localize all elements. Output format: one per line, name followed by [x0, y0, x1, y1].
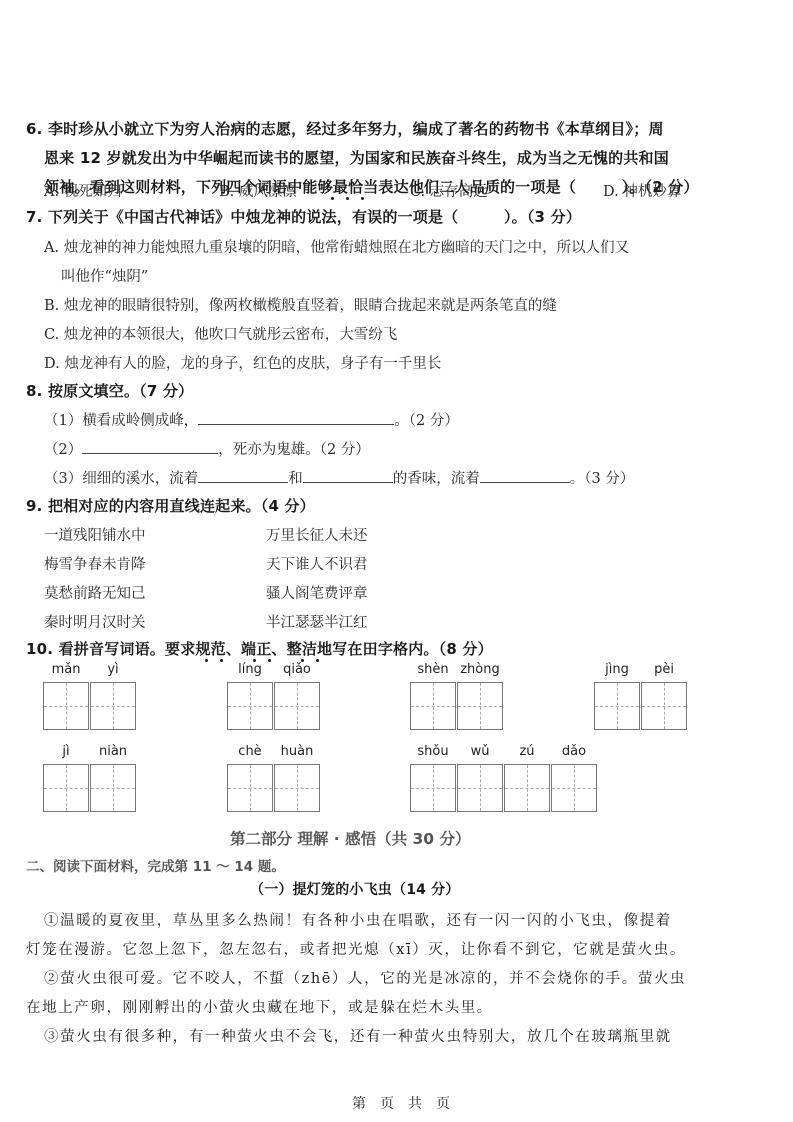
tianzige-cell[interactable] [227, 682, 273, 730]
emphasis-dot [346, 197, 349, 200]
pinyin-label: mǎn [43, 662, 89, 677]
tianzige-cell[interactable] [594, 682, 640, 730]
q8-p1-score: 。（2 分） [394, 413, 459, 429]
tianzige-cell[interactable] [551, 764, 597, 812]
q7-option-a-cont: 叫他作“烛阴” [61, 265, 148, 286]
passage-paragraph: ②萤火虫很可爱。它不咬人，不蜇（zhē）人，它的光是冰凉的，并不会烧你的手。萤火… [44, 967, 686, 988]
q6-option-c[interactable]: C. 志存高远 [410, 180, 488, 201]
emphasis-dot [205, 659, 208, 662]
tianzige-group-6: chè huàn [227, 764, 321, 812]
passage-paragraph: ③萤火虫有很多种，有一种萤火虫不会飞，还有一种萤火虫特别大，放几个在玻璃瓶里就 [44, 1025, 672, 1046]
q8-p2-label: （2） [44, 442, 82, 458]
pinyin-label: zhòng [457, 662, 503, 677]
q8-p3-text: （3）细细的溪水，流着 [44, 471, 198, 487]
tianzige-cell[interactable] [43, 682, 89, 730]
pinyin-label: yì [90, 662, 136, 677]
q9-left-item[interactable]: 梅雪争春未肯降 [44, 553, 146, 574]
pinyin-label: jìng [594, 662, 640, 677]
q10-emph-1: 规范 [195, 640, 225, 658]
pinyin-label: niàn [90, 744, 136, 759]
pinyin-label: jì [43, 744, 89, 759]
tianzige-cell[interactable] [641, 682, 687, 730]
q7-option-b[interactable]: B. 烛龙神的眼睛很特别，像两枚橄榄般直竖着，眼睛合拢起来就是两条笔直的缝 [44, 294, 557, 315]
tianzige-cell[interactable] [227, 764, 273, 812]
tianzige-cell[interactable] [90, 682, 136, 730]
tianzige-cell[interactable] [410, 764, 456, 812]
tianzige-cell[interactable] [274, 764, 320, 812]
q10-stem: 10. 看拼音写词语。要求规范、端正、整洁地写在田字格内。（8 分） [26, 638, 493, 659]
pinyin-label: shǒu [410, 744, 456, 759]
q8-part1: （1）横看成岭侧成峰，。（2 分） [44, 409, 459, 430]
q7-option-d[interactable]: D. 烛龙神有人的脸，龙的身子，红色的皮肤，身子有一千里长 [44, 352, 441, 373]
passage-paragraph: 灯笼在漫游。它忽上忽下，忽左忽右，或者把光熄（xī）灭，让你看不到它，它就是萤火… [26, 938, 686, 959]
q6-option-a[interactable]: A. 视死如归 [44, 180, 122, 201]
tianzige-group-7: shǒu wǔ zú dǎo [410, 764, 598, 812]
q8-stem: 8. 按原文填空。（7 分） [26, 380, 193, 401]
page-footer: 第 页 共 页 [352, 1093, 450, 1113]
q9-right-item[interactable]: 天下谁人不识君 [266, 553, 368, 574]
q9-right-item[interactable]: 万里长征人未还 [266, 524, 368, 545]
q10-sep: 、 [226, 640, 241, 658]
q8-part3: （3）细细的溪水，流着和的香味，流着。（3 分） [44, 467, 634, 488]
q8-p3-blank3[interactable] [480, 468, 570, 483]
q6-emphasis: 最恰当 [333, 178, 379, 196]
pinyin-label: pèi [641, 662, 687, 677]
q6-line1: 6. 李时珍从小就立下为穷人治病的志愿，经过多年努力，编成了著名的药物书《本草纲… [26, 118, 664, 139]
q6-line3: 领袖。看到这则材料，下列四个词语中能够最恰当表达他们二人品质的一项是（ ）。（2… [44, 176, 699, 197]
pinyin-label: huàn [274, 744, 320, 759]
q8-p3-blank1[interactable] [198, 468, 288, 483]
tianzige-group-4: jìng pèi [594, 682, 688, 730]
pinyin-label: wǔ [457, 744, 503, 759]
q8-p1-text: （1）横看成岭侧成峰， [44, 413, 198, 429]
q10-sep: 、 [271, 640, 286, 658]
tianzige-cell[interactable] [504, 764, 550, 812]
q8-part2: （2），死亦为鬼雄。（2 分） [44, 438, 370, 459]
q9-right-item[interactable]: 骚人阁笔费评章 [266, 582, 368, 603]
tianzige-group-5: jì niàn [43, 764, 137, 812]
q8-p3-text2: 的香味，流着 [393, 471, 480, 487]
tianzige-cell[interactable] [43, 764, 89, 812]
passage-paragraph: ①温暖的夏夜里，草丛里多么热闹！有各种小虫在唱歌，还有一闪一闪的小飞虫，像提着 [44, 909, 672, 930]
q9-left-item[interactable]: 秦时明月汉时关 [44, 611, 146, 632]
q8-p3-score: 。（3 分） [570, 471, 635, 487]
pinyin-label: líng [227, 662, 273, 677]
tianzige-cell[interactable] [457, 682, 503, 730]
q10-stem-start: 10. 看拼音写词语。要求 [26, 640, 195, 658]
q7-option-c[interactable]: C. 烛龙神的本领很大，他吹口气就彤云密布，大雪纷飞 [44, 323, 397, 344]
passage-title: （一）提灯笼的小飞虫（14 分） [250, 879, 460, 899]
q8-p3-and: 和 [288, 471, 303, 487]
q7-option-a[interactable]: A. 烛龙神的神力能烛照九重泉壤的阴暗，他常衔蜡烛照在北方幽暗的天门之中，所以人… [44, 236, 629, 257]
q10-emph-3: 整洁 [287, 640, 317, 658]
emphasis-dot [331, 197, 334, 200]
q10-stem-end: 地写在田字格内。（8 分） [317, 640, 493, 658]
passage-paragraph: 在地上产卵，刚刚孵出的小萤火虫藏在地下，或是躲在烂木头里。 [26, 996, 493, 1017]
q6-option-d[interactable]: D. 神机妙算 [603, 180, 681, 201]
pinyin-label: zú [504, 744, 550, 759]
tianzige-cell[interactable] [457, 764, 503, 812]
q6-line2: 恩来 12 岁就发出为中华崛起而读书的愿望，为国家和民族奋斗终生，成为当之无愧的… [44, 147, 669, 168]
tianzige-group-1: mǎn yì [43, 682, 137, 730]
q9-left-item[interactable]: 莫愁前路无知己 [44, 582, 146, 603]
q9-right-item[interactable]: 半江瑟瑟半江红 [266, 611, 368, 632]
pinyin-label: chè [227, 744, 273, 759]
section-heading: 二、阅读下面材料，完成第 11 ～ 14 题。 [26, 855, 285, 875]
pinyin-label: dǎo [551, 744, 597, 759]
q8-p3-blank2[interactable] [303, 468, 393, 483]
tianzige-group-2: líng qiǎo [227, 682, 321, 730]
part2-title: 第二部分 理解 · 感悟（共 30 分） [230, 827, 470, 849]
tianzige-group-3: shèn zhòng [410, 682, 504, 730]
q9-stem: 9. 把相对应的内容用直线连起来。（4 分） [26, 495, 315, 516]
q7-stem: 7. 下列关于《中国古代神话》中烛龙神的说法，有误的一项是（ ）。（3 分） [26, 206, 581, 227]
q8-p2-text: ，死亦为鬼雄。（2 分） [218, 442, 370, 458]
emphasis-dot [361, 197, 364, 200]
tianzige-cell[interactable] [274, 682, 320, 730]
pinyin-label: qiǎo [274, 662, 320, 677]
tianzige-cell[interactable] [90, 764, 136, 812]
emphasis-dot [220, 659, 223, 662]
q8-p2-blank[interactable] [82, 439, 218, 454]
tianzige-cell[interactable] [410, 682, 456, 730]
q9-left-item[interactable]: 一道残阳铺水中 [44, 524, 146, 545]
q6-option-b[interactable]: B. 威风凛凛 [219, 180, 297, 201]
q8-p1-blank[interactable] [198, 410, 394, 425]
pinyin-label: shèn [410, 662, 456, 677]
q10-emph-2: 端正 [241, 640, 271, 658]
